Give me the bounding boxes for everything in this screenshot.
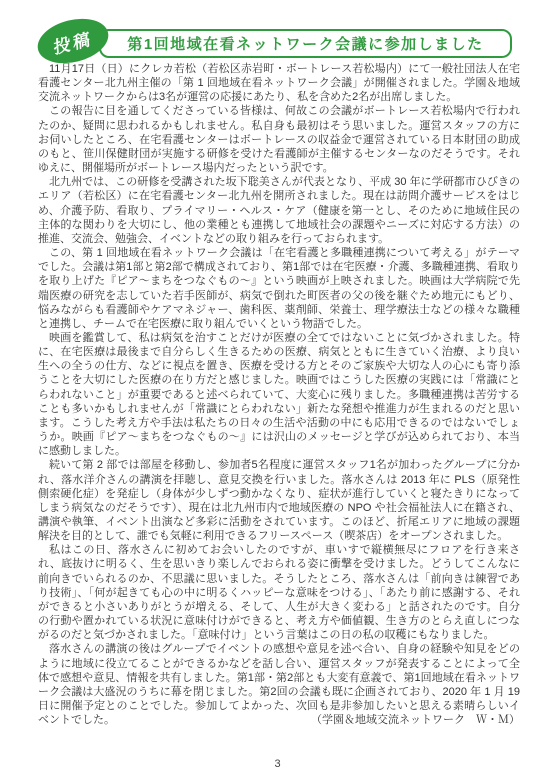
page: 投稿 第1回地域在看ネットワーク会議に参加しました 11月17日（日）にクレカ若… (0, 0, 555, 784)
paragraph-4: この、第 1 回地域在看ネットワーク会議は「在宅看護と多職種連携について考える」… (38, 246, 520, 331)
post-badge-label: 投稿 (53, 23, 94, 58)
article-title-box: 第1回地域在看ネットワーク会議に参加しました (99, 29, 512, 58)
page-number: 3 (0, 758, 555, 770)
paragraph-5: 映画を鑑賞して、私は病気を治すことだけが医療の全てではないことに気づかされました… (38, 331, 520, 458)
article-body: 11月17日（日）にクレカ若松（若松区赤岩町・ボートレース若松場内）にて一般社団… (38, 62, 520, 727)
author-signature: （学園＆地域交流ネットワーク Ｗ・Ｍ） (311, 713, 520, 727)
paragraph-8: 落水さんの講演の後はグループでイベントの感想や意見を述べ合い、自身の経験や知見を… (38, 642, 520, 727)
paragraph-1: 11月17日（日）にクレカ若松（若松区赤岩町・ボートレース若松場内）にて一般社団… (38, 62, 520, 104)
paragraph-7: 私はこの日、落水さんに初めてお会いしたのですが、車いすで縦横無尽にフロアを行き来… (38, 543, 520, 642)
paragraph-3: 北九州では、この研修を受講された坂下聡美さんが代表となり、平成 30 年に学研都… (38, 175, 520, 246)
paragraph-6: 続いて第 2 部では部屋を移動し、参加者5名程度に運営スタッフ1名が加わったグル… (38, 458, 520, 543)
article-title: 第1回地域在看ネットワーク会議に参加しました (127, 33, 483, 54)
paragraph-2: この報告に目を通してくださっている皆様は、何故この会議がボートレース若松場内で行… (38, 104, 520, 175)
